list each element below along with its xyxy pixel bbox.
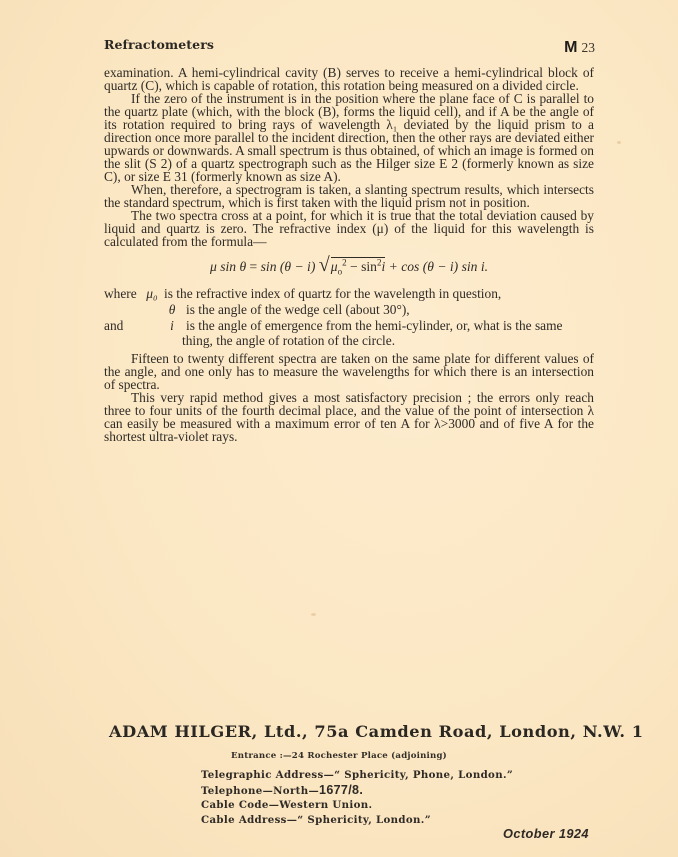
radical-sign-icon: √ [319,253,330,277]
page-identifier: M23 [564,37,595,57]
body-text: examination. A hemi-cylindrical cavity (… [104,66,594,443]
paper-blemish [311,613,316,616]
paragraph-spectra-cross: The two spectra cross at a point, for wh… [104,209,594,248]
telegraphic-address: Telegraphic Address—“ Sphericity, Phone,… [201,768,513,783]
section-letter: M [564,39,577,56]
page-number: 23 [582,40,596,55]
mu-zero-symbol: μ₀ [144,286,160,302]
theta-definition: is the angle of the wedge cell (about 30… [186,302,594,318]
definition-mu: where μ₀ is the refractive index of quar… [104,286,594,302]
paragraph-spectrogram: When, therefore, a spectrogram is taken,… [104,183,594,209]
firm-address: ADAM HILGER, Ltd., 75a Camden Road, Lond… [109,722,589,741]
paragraph-fifteen-spectra: Fifteen to twenty different spectra are … [104,352,594,391]
paragraph-zero-position: If the zero of the instrument is in the … [104,92,594,183]
cable-address: Cable Address—“ Sphericity, London.” [201,813,513,828]
paragraph-continuation: examination. A hemi-cylindrical cavity (… [104,66,594,92]
i-symbol: i [381,259,385,274]
running-head: Refractometers M23 [104,37,594,55]
telephone-prefix: Telephone—North— [201,785,319,797]
paragraph-precision: This very rapid method gives a most sati… [104,391,594,443]
i-definition-continued: thing, the angle of rotation of the circ… [104,334,594,348]
paper-blemish [617,141,621,144]
running-title: Refractometers [104,37,214,52]
publication-date: October 1924 [503,826,589,841]
entrance-note: Entrance :—24 Rochester Place (adjoining… [0,751,678,761]
formula-equals: = [250,259,258,274]
refractive-index-formula: μ sin θ = sin (θ − i) √μo2 − sin2i + cos… [104,257,594,277]
definition-theta: θ is the angle of the wedge cell (about … [104,302,594,318]
telephone-line: Telephone—North—1677/8. [201,783,513,799]
and-label: and [104,318,164,334]
square-root: √μo2 − sin2i [319,257,385,277]
document-page: Refractometers M23 examination. A hemi-c… [0,0,678,857]
radicand: μo2 − sin2i [331,257,385,274]
cable-code: Cable Code—Western Union. [201,798,513,813]
i-definition: is the angle of emergence from the hemi-… [186,318,594,334]
theta-symbol: θ [164,302,180,318]
contact-details: Telegraphic Address—“ Sphericity, Phone,… [201,768,513,827]
formula-term1: sin (θ − i) [261,259,316,274]
telephone-number: 1677/8. [319,783,363,797]
formula-plus-term: + cos (θ − i) sin i. [389,259,488,274]
mu-subscript: o [338,267,343,277]
where-label: where [104,286,140,302]
mu-zero-definition: is the refractive index of quartz for th… [164,286,594,302]
i-symbol-def: i [164,318,180,334]
mu-symbol: μ [331,259,338,274]
definition-i: and i is the angle of emergence from the… [104,318,594,334]
formula-lhs: μ sin θ [210,259,246,274]
symbol-definitions: where μ₀ is the refractive index of quar… [104,286,594,348]
sin-term: − sin [347,259,377,274]
